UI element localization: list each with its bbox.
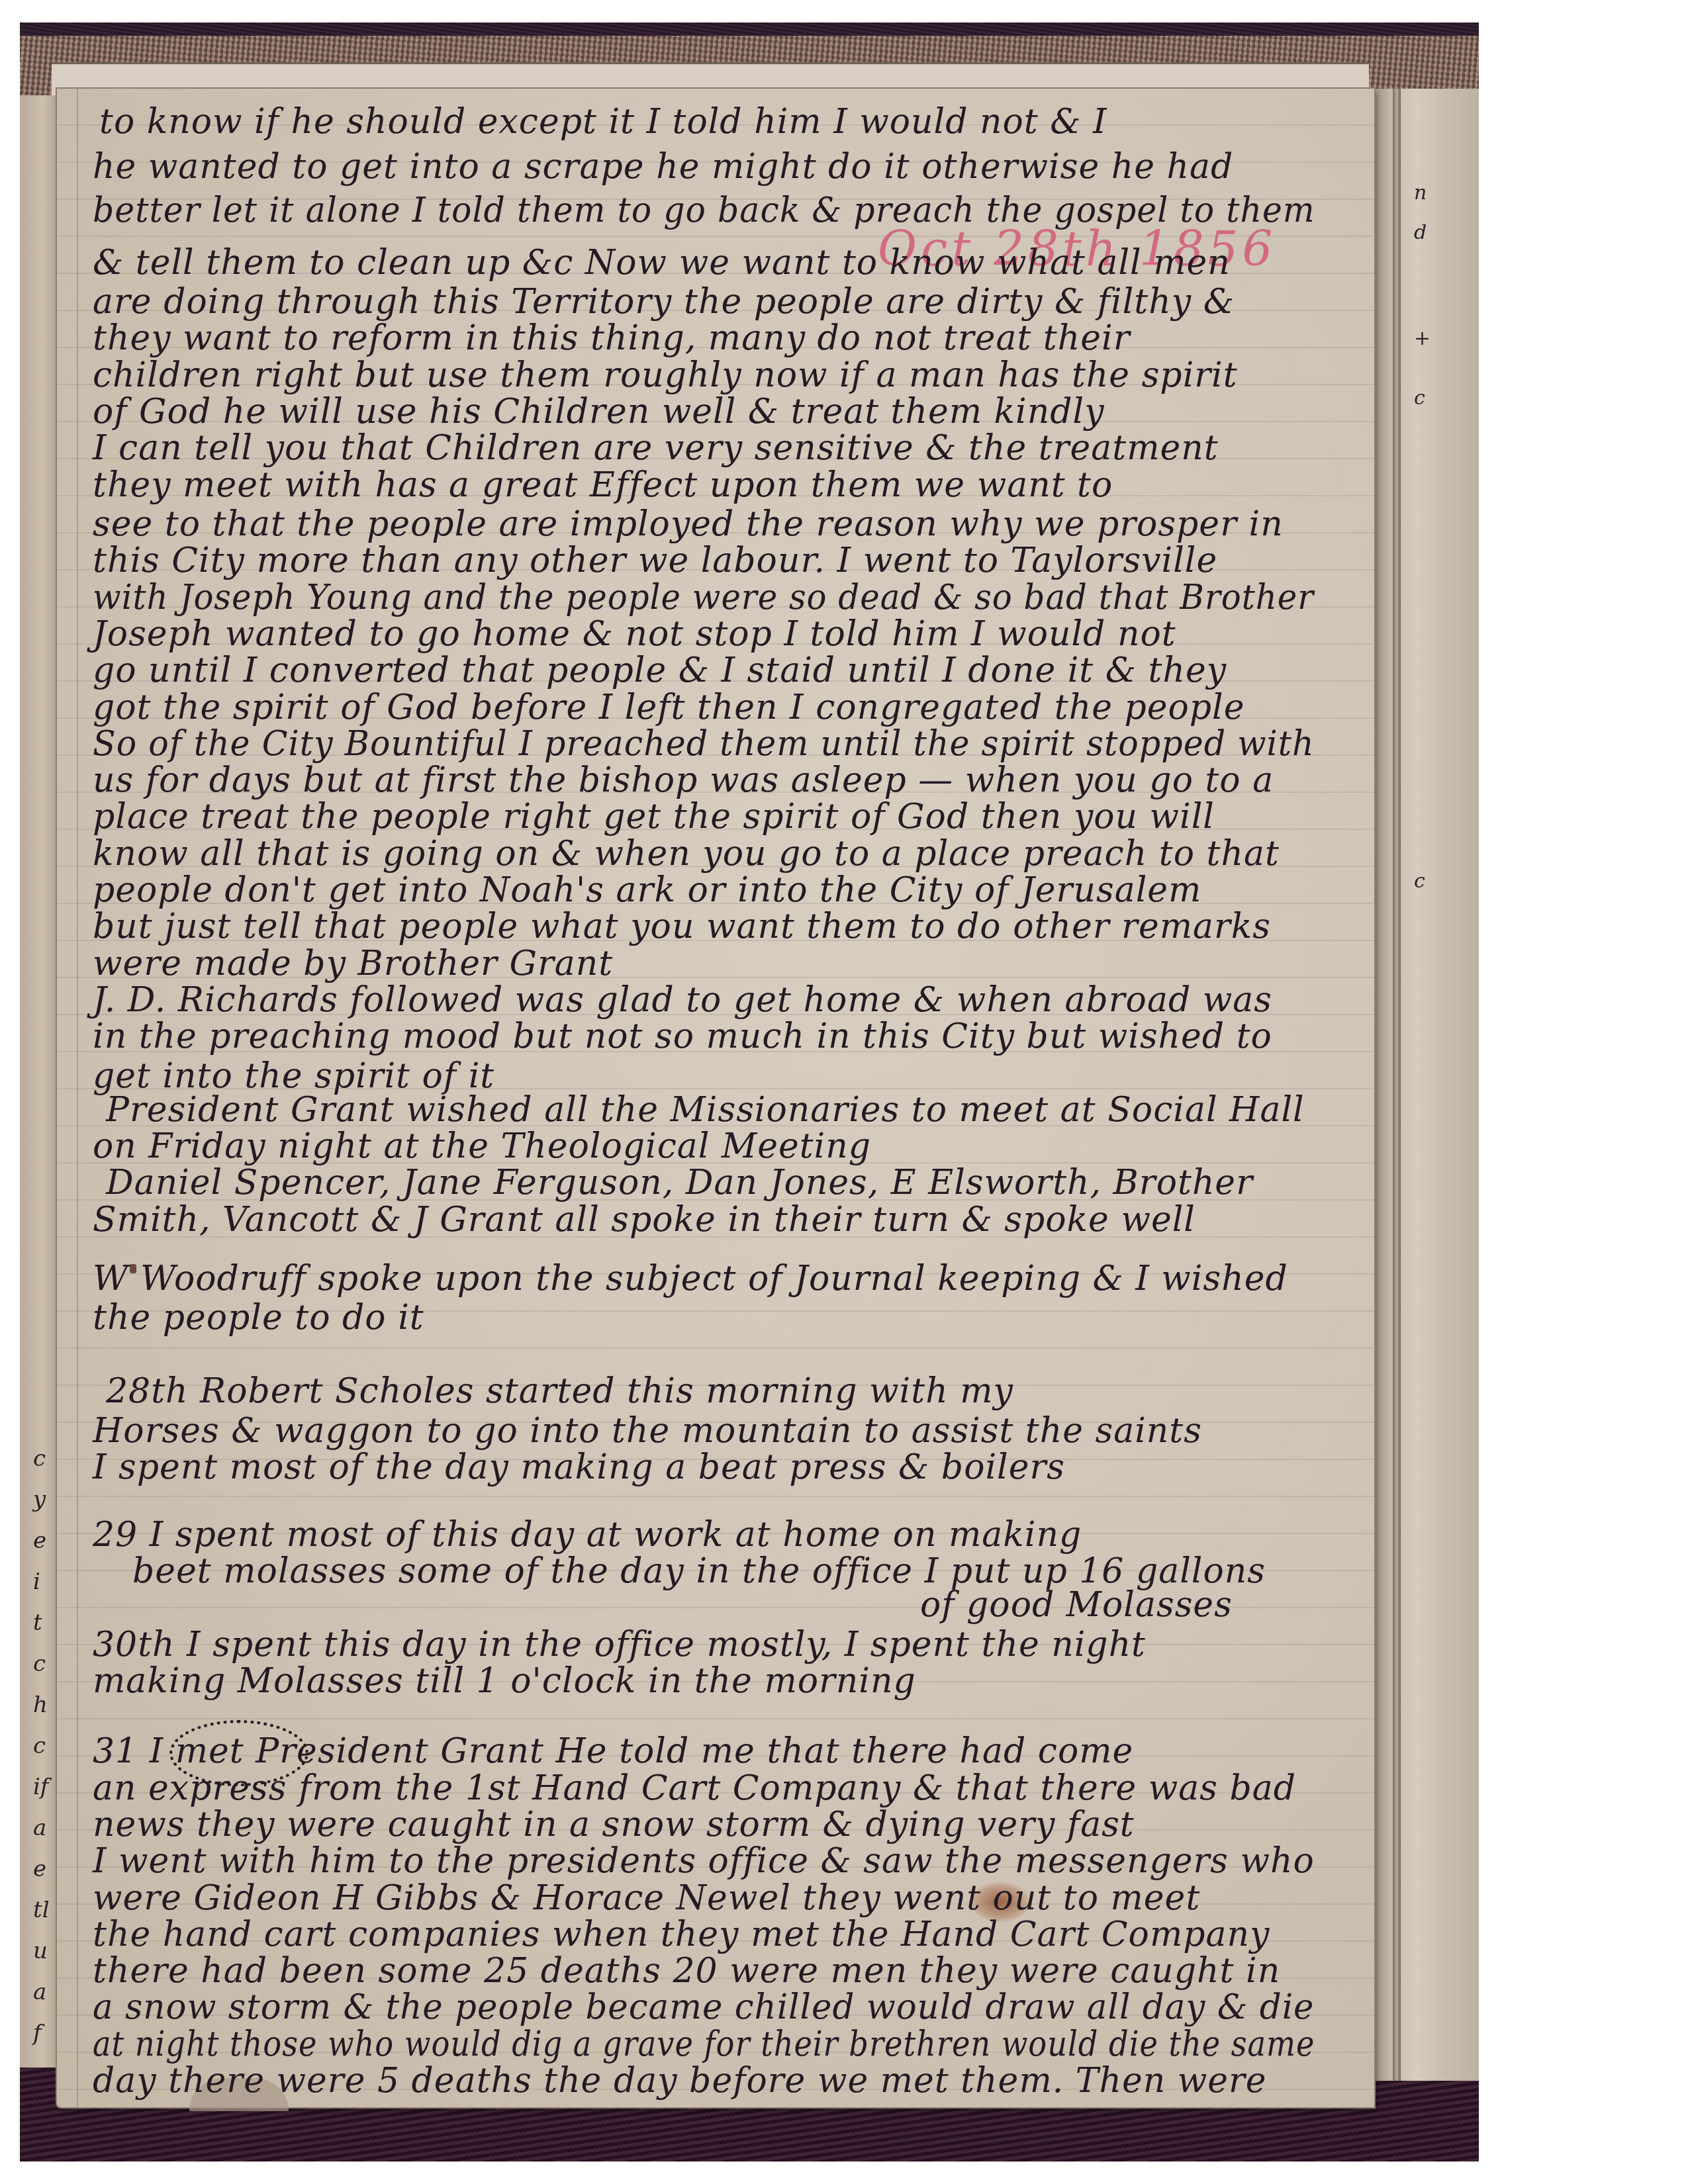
handwritten-line: see to that the people are imployed the … xyxy=(93,504,1284,544)
handwritten-line: the hand cart companies when they met th… xyxy=(93,1915,1270,1954)
handwritten-line: 29 I spent most of this day at work at h… xyxy=(93,1515,1082,1555)
handwritten-line: I spent most of the day making a beat pr… xyxy=(93,1447,1065,1487)
margin-fragment: y xyxy=(33,1486,60,1513)
margin-fragment: e xyxy=(33,1527,60,1554)
handwritten-line: & tell them to clean up &c Now we want t… xyxy=(93,243,1231,283)
margin-fragment: f xyxy=(33,2020,60,2046)
handwritten-line: with Joseph Young and the people were so… xyxy=(93,578,1314,617)
handwritten-line: 30th I spent this day in the office most… xyxy=(93,1625,1146,1664)
handwritten-line: he wanted to get into a scrape he might … xyxy=(93,147,1233,187)
handwritten-line: but just tell that people what you want … xyxy=(93,907,1271,946)
handwritten-line: know all that is going on & when you go … xyxy=(93,834,1280,874)
handwritten-line: Smith, Vancott & J Grant all spoke in th… xyxy=(93,1200,1196,1240)
handwritten-line: are doing through this Territory the peo… xyxy=(93,282,1235,322)
handwritten-line: news they were caught in a snow storm & … xyxy=(93,1805,1135,1844)
margin-rule xyxy=(77,89,78,2107)
handwritten-line: were Gideon H Gibbs & Horace Newel they … xyxy=(93,1878,1200,1918)
handwritten-line: in the preaching mood but not so much in… xyxy=(93,1017,1272,1056)
handwritten-line: Horses & waggon to go into the mountain … xyxy=(93,1411,1202,1451)
adjacent-page-fragment: n xyxy=(1414,181,1427,205)
margin-fragment: c xyxy=(33,1445,60,1472)
handwritten-line: on Friday night at the Theological Meeti… xyxy=(93,1126,871,1166)
handwritten-line: President Grant wished all the Missionar… xyxy=(106,1090,1305,1130)
handwritten-line: this City more than any other we labour.… xyxy=(93,541,1217,580)
handwritten-line: people don't get into Noah's ark or into… xyxy=(93,870,1201,910)
scan-frame: b t Ch l d cyeitchcifaetluaf nd+cc Oct 2… xyxy=(20,23,1479,2161)
adjacent-page-edge: nd+cc xyxy=(1374,89,1479,2081)
handwritten-line: us for days but at first the bishop was … xyxy=(93,760,1274,800)
handwritten-line: day there were 5 deaths the day before w… xyxy=(93,2061,1267,2101)
margin-fragment: t xyxy=(33,1610,60,1636)
adjacent-page-fragment: d xyxy=(1414,221,1427,244)
handwritten-line: got the spirit of God before I left then… xyxy=(93,688,1245,727)
handwritten-line: Joseph wanted to go home & not stop I to… xyxy=(93,614,1176,654)
margin-fragment: i xyxy=(33,1569,60,1595)
handwritten-line: a snow storm & the people became chilled… xyxy=(93,1987,1315,2027)
margin-fragment: c xyxy=(33,1651,60,1677)
handwritten-line: I can tell you that Children are very se… xyxy=(93,428,1219,468)
margin-fragment: a xyxy=(33,1979,60,2005)
margin-fragment: e xyxy=(33,1856,60,1882)
handwritten-line: I went with him to the presidents office… xyxy=(93,1841,1315,1881)
handwritten-line: J. D. Richards followed was glad to get … xyxy=(93,980,1272,1020)
handwritten-line: they want to reform in this thing, many … xyxy=(93,318,1131,358)
handwritten-line: an express from the 1st Hand Cart Compan… xyxy=(93,1768,1296,1808)
journal-page: Oct 28th 1856 to know if he should excep… xyxy=(57,89,1374,2107)
handwritten-line: the people to do it xyxy=(93,1298,424,1338)
handwritten-line: Daniel Spencer, Jane Ferguson, Dan Jones… xyxy=(106,1163,1253,1203)
page-gutter xyxy=(1393,89,1401,2081)
adjacent-page-fragment: c xyxy=(1414,387,1425,410)
adjacent-page-fragment: c xyxy=(1414,870,1425,893)
handwritten-line: they meet with has a great Effect upon t… xyxy=(93,465,1113,505)
margin-fragment: h xyxy=(33,1692,60,1718)
handwritten-line: to know if he should except it I told hi… xyxy=(99,102,1107,142)
handwritten-line: of good Molasses xyxy=(920,1585,1233,1625)
margin-fragment: c xyxy=(33,1733,60,1759)
margin-fragment: if xyxy=(33,1774,60,1800)
margin-fragment: a xyxy=(33,1815,60,1841)
handwritten-line: there had been some 25 deaths 20 were me… xyxy=(93,1951,1280,1991)
handwritten-line: better let it alone I told them to go ba… xyxy=(93,191,1315,230)
handwritten-line: of God he will use his Children well & t… xyxy=(93,392,1105,432)
handwritten-line: 31 I met President Grant He told me that… xyxy=(93,1731,1133,1771)
margin-fragment: u xyxy=(33,1938,60,1964)
handwritten-line: go until I converted that people & I sta… xyxy=(93,651,1227,690)
handwritten-line: place treat the people right get the spi… xyxy=(93,797,1215,837)
handwritten-line: W Woodruff spoke upon the subject of Jou… xyxy=(93,1259,1288,1298)
margin-fragment: tl xyxy=(33,1897,60,1923)
handwritten-line: making Molasses till 1 o'clock in the mo… xyxy=(93,1661,916,1701)
handwritten-line: So of the City Bountiful I preached them… xyxy=(93,724,1315,764)
handwritten-line: at night those who would dig a grave for… xyxy=(93,2025,1315,2064)
handwritten-line: 28th Robert Scholes started this morning… xyxy=(106,1371,1013,1411)
handwritten-line: were made by Brother Grant xyxy=(93,944,613,983)
handwritten-line: children right but use them roughly now … xyxy=(93,355,1238,395)
adjacent-page-fragment: + xyxy=(1414,327,1430,350)
